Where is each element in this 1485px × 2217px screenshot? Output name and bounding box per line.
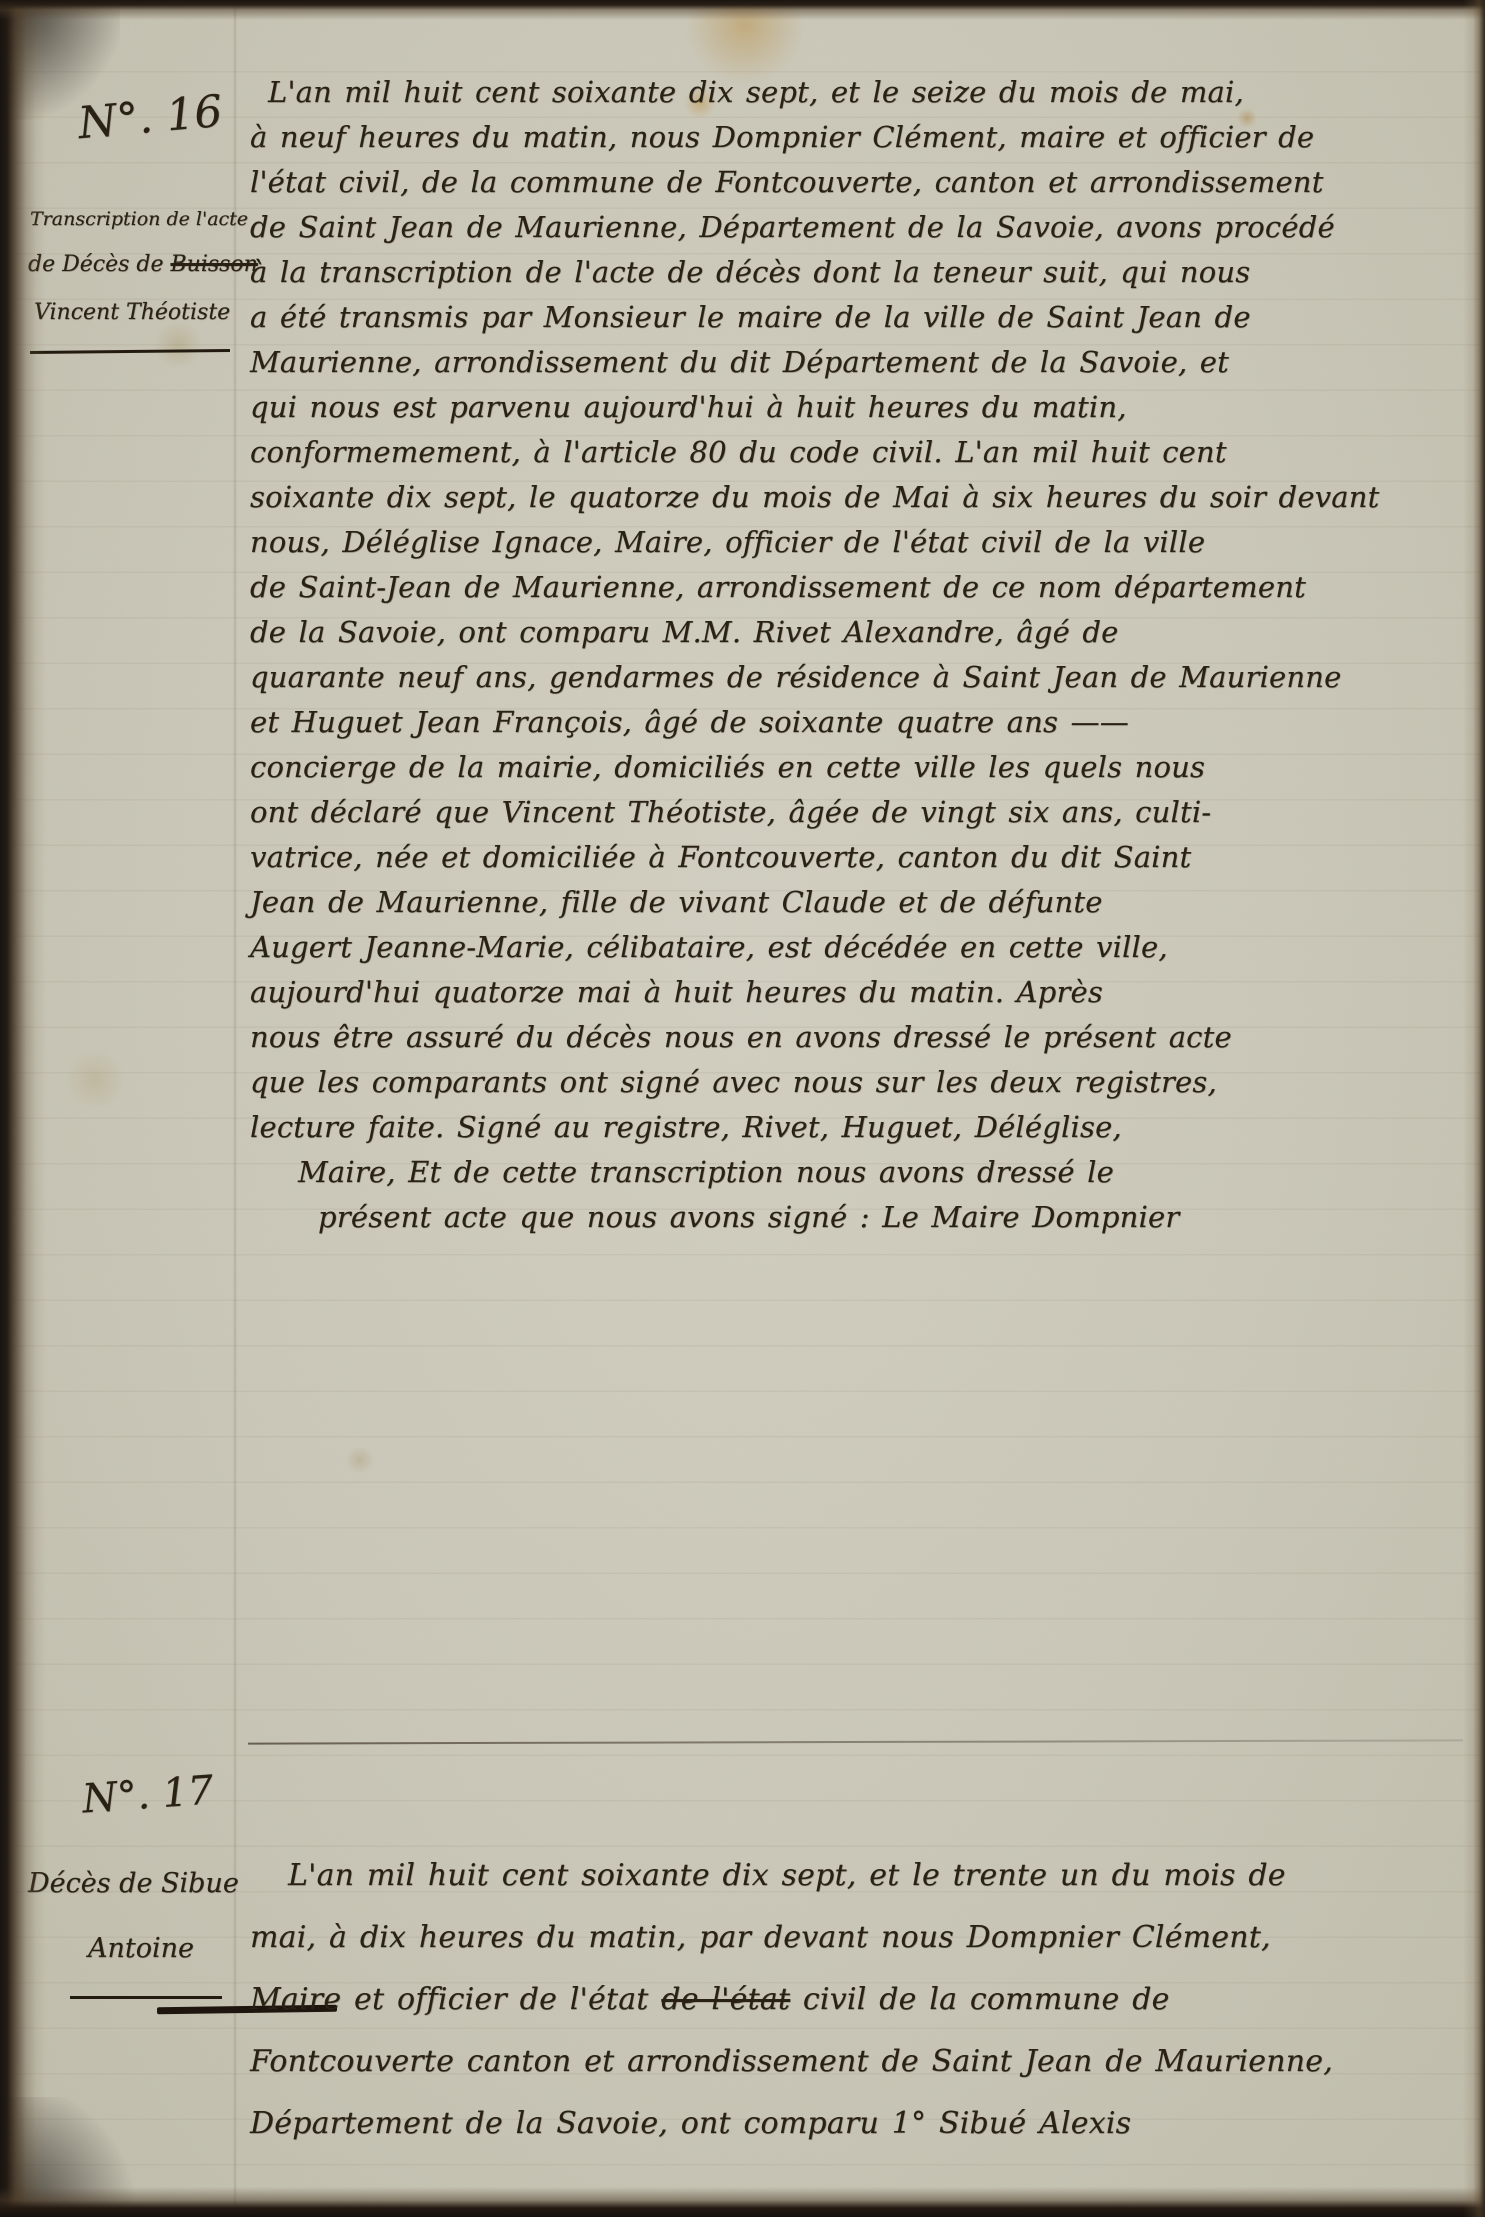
text-line: Fontcouverte canton et arrondissement de… — [250, 2031, 1478, 2093]
text-line: de la Savoie, ont comparu M.M. Rivet Ale… — [250, 610, 1478, 655]
text-line: aujourd'hui quatorze mai à huit heures d… — [250, 970, 1478, 1015]
text-line: concierge de la mairie, domiciliés en ce… — [250, 745, 1478, 790]
act-17-margin-number: N°. 17 — [81, 1767, 215, 1822]
act-16-margin-underline — [30, 349, 230, 354]
act-16-margin-subject: de Décès de Buisson — [28, 252, 258, 277]
text-line: soixante dix sept, le quatorze du mois d… — [250, 475, 1478, 520]
text-line: L'an mil huit cent soixante dix sept, et… — [250, 1845, 1478, 1907]
text-line: Maire et officier de l'état de l'état ci… — [250, 1969, 1478, 2031]
scan-edge-top — [0, 0, 1485, 20]
text-line: vatrice, née et domiciliée à Fontcouvert… — [250, 835, 1478, 880]
text-line: conformemement, à l'article 80 du code c… — [250, 430, 1478, 475]
text-line: à neuf heures du matin, nous Dompnier Cl… — [250, 115, 1478, 160]
text-line: que les comparants ont signé avec nous s… — [250, 1060, 1478, 1105]
text-line: qui nous est parvenu aujourd'hui à huit … — [250, 385, 1478, 430]
text-line: l'état civil, de la commune de Fontcouve… — [250, 160, 1478, 205]
text-line: Département de la Savoie, ont comparu 1°… — [250, 2093, 1478, 2155]
text-line: ont déclaré que Vincent Théotiste, âgée … — [250, 790, 1478, 835]
act-16-margin-title: Transcription de l'acte — [30, 208, 248, 230]
text-line: a été transmis par Monsieur le maire de … — [250, 295, 1478, 340]
text-line: de Saint Jean de Maurienne, Département … — [250, 205, 1478, 250]
margin-text: de Décès de — [28, 252, 170, 277]
struck-text: de l'état — [661, 1982, 790, 2017]
text-line: à la transcription de l'acte de décès do… — [250, 250, 1478, 295]
scan-edge-bottom — [0, 2187, 1485, 2217]
text-line: Maire, Et de cette transcription nous av… — [250, 1150, 1478, 1195]
act-17-margin-subject: Décès de Sibue — [28, 1868, 239, 1899]
struck-name: Buisson — [170, 252, 257, 277]
text-line: nous, Déléglise Ignace, Maire, officier … — [250, 520, 1478, 565]
act-16-margin-number: N°. 16 — [76, 86, 224, 149]
text-line: et Huguet Jean François, âgé de soixante… — [250, 700, 1478, 745]
act-16-text: L'an mil huit cent soixante dix sept, et… — [250, 70, 1478, 1240]
scan-corner-shadow — [0, 2097, 140, 2217]
text-line: L'an mil huit cent soixante dix sept, et… — [250, 70, 1478, 115]
act-16-margin-name: Vincent Théotiste — [34, 300, 230, 325]
text-segment: Maire et officier de l'état — [250, 1982, 661, 2017]
acts-separator-rule — [248, 1739, 1463, 1744]
text-line: quarante neuf ans, gendarmes de résidenc… — [250, 655, 1478, 700]
text-line: de Saint-Jean de Maurienne, arrondisseme… — [250, 565, 1478, 610]
text-line: Augert Jeanne-Marie, célibataire, est dé… — [250, 925, 1478, 970]
act-17-margin-underline — [70, 1996, 222, 1999]
text-segment: civil de la commune de — [790, 1982, 1169, 2017]
civil-register-scanned-page: N°. 16 Transcription de l'acte de Décès … — [0, 0, 1485, 2217]
text-line: nous être assuré du décès nous en avons … — [250, 1015, 1478, 1060]
text-line: Jean de Maurienne, fille de vivant Claud… — [250, 880, 1478, 925]
text-line: lecture faite. Signé au registre, Rivet,… — [250, 1105, 1478, 1150]
act-17-margin-name: Antoine — [88, 1933, 194, 1964]
text-line: présent acte que nous avons signé : Le M… — [250, 1195, 1478, 1240]
text-line: mai, à dix heures du matin, par devant n… — [250, 1907, 1478, 1969]
act-17-text: L'an mil huit cent soixante dix sept, et… — [250, 1845, 1478, 2155]
text-line: Maurienne, arrondissement du dit Départe… — [250, 340, 1478, 385]
